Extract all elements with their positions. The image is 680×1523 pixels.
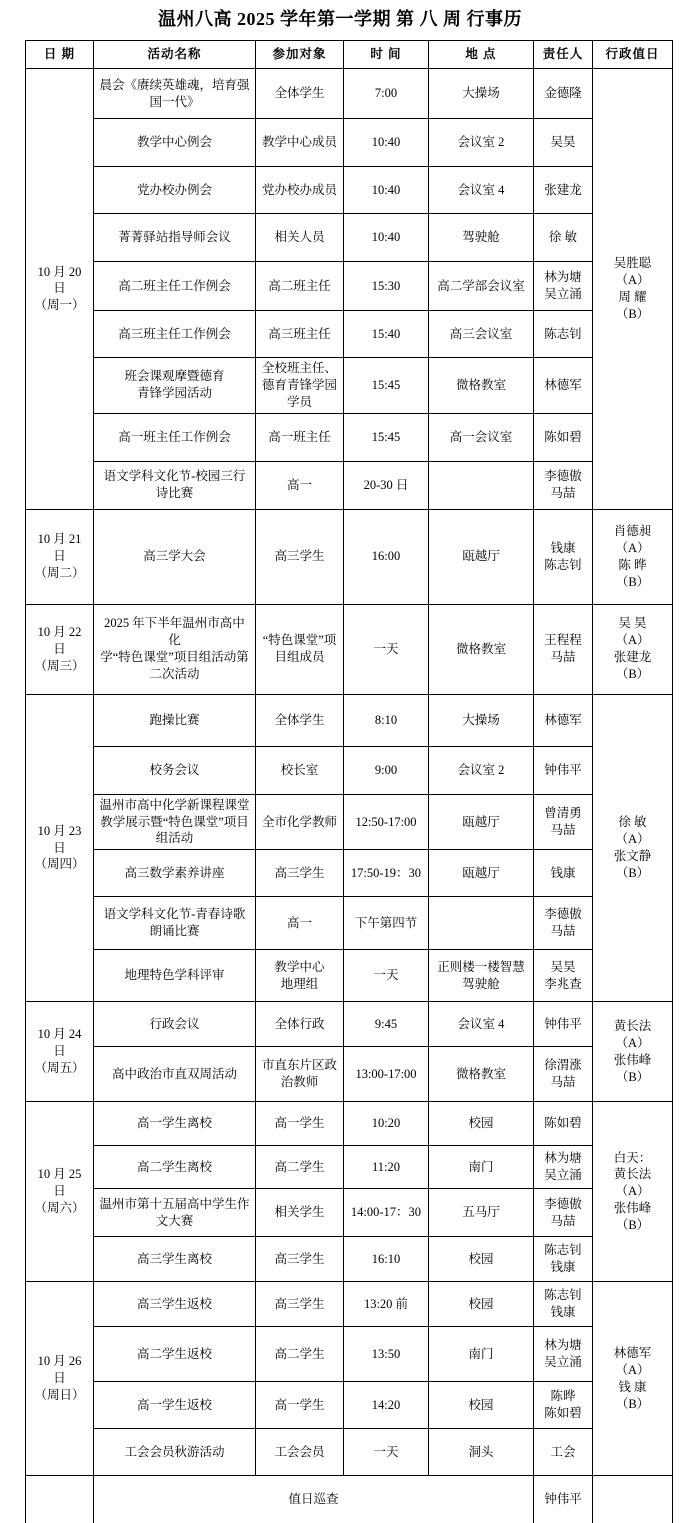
location-cell: 南门 bbox=[429, 1327, 534, 1382]
responsible-cell: 钱康 bbox=[534, 850, 593, 897]
duty-cell: 徐 敏 （A） 张文静 （B） bbox=[593, 694, 673, 1002]
responsible-cell: 曾清勇 马喆 bbox=[534, 794, 593, 850]
participants-cell: 高三学生 bbox=[256, 1237, 344, 1282]
location-cell: 瓯越厅 bbox=[429, 850, 534, 897]
location-cell: 微格教室 bbox=[429, 604, 534, 694]
header-time: 时 间 bbox=[344, 41, 429, 69]
table-row: 高二班主任工作例会高二班主任15:30高二学部会议室林为塘 吴立涌 bbox=[26, 262, 673, 311]
time-cell: 14:20 bbox=[344, 1382, 429, 1429]
activity-cell: 高二学生离校 bbox=[94, 1146, 256, 1189]
time-cell: 10:40 bbox=[344, 214, 429, 262]
activity-cell: 值日巡查 bbox=[94, 1476, 534, 1523]
participants-cell: 工会会员 bbox=[256, 1429, 344, 1476]
responsible-cell: 吴昊 李兆查 bbox=[534, 950, 593, 1002]
activity-cell: 高三班主任工作例会 bbox=[94, 311, 256, 358]
table-row: 10 月 23 日 （周四）跑操比赛全体学生8:10大操场林德军徐 敏 （A） … bbox=[26, 694, 673, 746]
table-row: 工会会员秋游活动工会会员一天洞头工会 bbox=[26, 1429, 673, 1476]
header-activity: 活动名称 bbox=[94, 41, 256, 69]
participants-cell: 高二班主任 bbox=[256, 262, 344, 311]
duty-cell: 肖德昶 （A） 陈 晔 （B） bbox=[593, 509, 673, 604]
time-cell: 一天 bbox=[344, 950, 429, 1002]
responsible-cell: 徐 敏 bbox=[534, 214, 593, 262]
location-cell: 洞头 bbox=[429, 1429, 534, 1476]
activity-cell: 温州市第十五届高中学生作 文大赛 bbox=[94, 1189, 256, 1237]
duty-cell: 吴胜聪 （A） 周 耀 （B） bbox=[593, 69, 673, 510]
table-row: 高三学生离校高三学生16:10校园陈志钊 钱康 bbox=[26, 1237, 673, 1282]
table-row: 菁菁驿站指导师会议相关人员10:40驾驶舱徐 敏 bbox=[26, 214, 673, 262]
schedule-document: 温州八高 2025 学年第一学期 第 八 周 行事历 日 期活动名称参加对象时 … bbox=[0, 0, 680, 1523]
responsible-cell: 李德傲 马喆 bbox=[534, 897, 593, 950]
table-row: 高一学生返校高一学生14:20校园陈晔 陈如碧 bbox=[26, 1382, 673, 1429]
time-cell: 16:00 bbox=[344, 509, 429, 604]
activity-cell: 教学中心例会 bbox=[94, 119, 256, 167]
schedule-table: 日 期活动名称参加对象时 间地 点责任人行政值日 10 月 20 日 （周一）晨… bbox=[25, 40, 673, 1523]
table-row: 10 月 25 日 （周六）高一学生离校高一学生10:20校园陈如碧白天： 黄长… bbox=[26, 1102, 673, 1146]
table-row: 高三数学素养讲座高三学生17:50-19：30瓯越厅钱康 bbox=[26, 850, 673, 897]
responsible-cell: 吴昊 bbox=[534, 119, 593, 167]
date-cell: 10 月 23 日 （周四） bbox=[26, 694, 94, 1002]
participants-cell: 全市化学教师 bbox=[256, 794, 344, 850]
activity-cell: 高三数学素养讲座 bbox=[94, 850, 256, 897]
duty-cell bbox=[593, 1476, 673, 1523]
location-cell: 校园 bbox=[429, 1237, 534, 1282]
participants-cell: 高一班主任 bbox=[256, 413, 344, 461]
date-cell: 10 月 26 日 （周日） bbox=[26, 1282, 94, 1476]
participants-cell: 高一 bbox=[256, 461, 344, 509]
table-row: 高中政治市直双周活动市直东片区政 治教师13:00-17:00微格教室徐渭涨 马… bbox=[26, 1047, 673, 1102]
location-cell: 五马厅 bbox=[429, 1189, 534, 1237]
activity-cell: 温州市高中化学新课程课堂 教学展示暨“特色课堂”项目 组活动 bbox=[94, 794, 256, 850]
table-row: 党办校办例会党办校办成员10:40会议室 4张建龙 bbox=[26, 167, 673, 214]
duty-cell: 黄长法 （A） 张伟峰 （B） bbox=[593, 1002, 673, 1102]
activity-cell: 菁菁驿站指导师会议 bbox=[94, 214, 256, 262]
responsible-cell: 钟伟平 bbox=[534, 1002, 593, 1047]
time-cell: 12:50-17:00 bbox=[344, 794, 429, 850]
table-row: 高二学生离校高二学生11:20南门林为塘 吴立涌 bbox=[26, 1146, 673, 1189]
activity-cell: 行政会议 bbox=[94, 1002, 256, 1047]
participants-cell: “特色课堂”项 目组成员 bbox=[256, 604, 344, 694]
responsible-cell: 王程程 马喆 bbox=[534, 604, 593, 694]
time-cell: 17:50-19：30 bbox=[344, 850, 429, 897]
location-cell: 微格教室 bbox=[429, 1047, 534, 1102]
responsible-cell: 钟伟平 bbox=[534, 746, 593, 794]
table-row: 高一班主任工作例会高一班主任15:45高一会议室陈如碧 bbox=[26, 413, 673, 461]
activity-cell: 高一班主任工作例会 bbox=[94, 413, 256, 461]
responsible-cell: 陈晔 陈如碧 bbox=[534, 1382, 593, 1429]
activity-cell: 地理特色学科评审 bbox=[94, 950, 256, 1002]
participants-cell: 教学中心 地理组 bbox=[256, 950, 344, 1002]
participants-cell: 高三学生 bbox=[256, 850, 344, 897]
responsible-cell: 陈如碧 bbox=[534, 413, 593, 461]
participants-cell: 校长室 bbox=[256, 746, 344, 794]
time-cell: 8:10 bbox=[344, 694, 429, 746]
participants-cell: 全体学生 bbox=[256, 69, 344, 119]
page-title: 温州八高 2025 学年第一学期 第 八 周 行事历 bbox=[0, 0, 680, 31]
table-row: 教学中心例会教学中心成员10:40会议室 2吴昊 bbox=[26, 119, 673, 167]
table-row: 地理特色学科评审教学中心 地理组一天正则楼一楼智慧 驾驶舱吴昊 李兆查 bbox=[26, 950, 673, 1002]
activity-cell: 语文学科文化节-校园三行 诗比赛 bbox=[94, 461, 256, 509]
time-cell: 15:40 bbox=[344, 311, 429, 358]
location-cell: 校园 bbox=[429, 1282, 534, 1327]
location-cell: 会议室 2 bbox=[429, 119, 534, 167]
time-cell: 9:00 bbox=[344, 746, 429, 794]
location-cell: 会议室 4 bbox=[429, 1002, 534, 1047]
location-cell: 高三会议室 bbox=[429, 311, 534, 358]
time-cell: 9:45 bbox=[344, 1002, 429, 1047]
responsible-cell: 工会 bbox=[534, 1429, 593, 1476]
responsible-cell: 徐渭涨 马喆 bbox=[534, 1047, 593, 1102]
activity-cell: 晨会《赓续英雄魂，培育强 国一代》 bbox=[94, 69, 256, 119]
table-row: 10 月 24 日 （周五）行政会议全体行政9:45会议室 4钟伟平黄长法 （A… bbox=[26, 1002, 673, 1047]
location-cell: 校园 bbox=[429, 1382, 534, 1429]
responsible-cell: 钟伟平 bbox=[534, 1476, 593, 1523]
location-cell: 瓯越厅 bbox=[429, 509, 534, 604]
time-cell: 11:20 bbox=[344, 1146, 429, 1189]
activity-cell: 高一学生返校 bbox=[94, 1382, 256, 1429]
time-cell: 14:00-17：30 bbox=[344, 1189, 429, 1237]
duty-cell: 白天： 黄长法 （A） 张伟峰 （B） bbox=[593, 1102, 673, 1282]
responsible-cell: 陈如碧 bbox=[534, 1102, 593, 1146]
participants-cell: 高一学生 bbox=[256, 1102, 344, 1146]
participants-cell: 全体行政 bbox=[256, 1002, 344, 1047]
time-cell: 15:30 bbox=[344, 262, 429, 311]
responsible-cell: 陈志钊 钱康 bbox=[534, 1282, 593, 1327]
activity-cell: 高三学生离校 bbox=[94, 1237, 256, 1282]
participants-cell: 党办校办成员 bbox=[256, 167, 344, 214]
activity-cell: 校务会议 bbox=[94, 746, 256, 794]
responsible-cell: 林德军 bbox=[534, 358, 593, 414]
responsible-cell: 李德傲 马喆 bbox=[534, 461, 593, 509]
location-cell: 驾驶舱 bbox=[429, 214, 534, 262]
date-cell: 10 月 25 日 （周六） bbox=[26, 1102, 94, 1282]
participants-cell: 高一 bbox=[256, 897, 344, 950]
table-row: 10 月 21 日 （周二）高三学大会高三学生16:00瓯越厅钱康 陈志钊肖德昶… bbox=[26, 509, 673, 604]
table-row: 10 月 22 日 （周三）2025 年下半年温州市高中化 学“特色课堂”项目组… bbox=[26, 604, 673, 694]
time-cell: 20-30 日 bbox=[344, 461, 429, 509]
responsible-cell: 林为塘 吴立涌 bbox=[534, 1327, 593, 1382]
responsible-cell: 张建龙 bbox=[534, 167, 593, 214]
time-cell: 7:00 bbox=[344, 69, 429, 119]
location-cell: 会议室 2 bbox=[429, 746, 534, 794]
time-cell: 15:45 bbox=[344, 413, 429, 461]
header-location: 地 点 bbox=[429, 41, 534, 69]
location-cell: 大操场 bbox=[429, 69, 534, 119]
activity-cell: 高三学大会 bbox=[94, 509, 256, 604]
responsible-cell: 陈志钊 bbox=[534, 311, 593, 358]
date-cell: 10 月 21 日 （周二） bbox=[26, 509, 94, 604]
time-cell: 15:45 bbox=[344, 358, 429, 414]
duty-cell: 吴 昊 （A） 张建龙 （B） bbox=[593, 604, 673, 694]
header-row: 日 期活动名称参加对象时 间地 点责任人行政值日 bbox=[26, 41, 673, 69]
participants-cell: 高一学生 bbox=[256, 1382, 344, 1429]
participants-cell: 全体学生 bbox=[256, 694, 344, 746]
participants-cell: 相关人员 bbox=[256, 214, 344, 262]
header-participants: 参加对象 bbox=[256, 41, 344, 69]
responsible-cell: 钱康 陈志钊 bbox=[534, 509, 593, 604]
responsible-cell: 林德军 bbox=[534, 694, 593, 746]
location-cell: 高二学部会议室 bbox=[429, 262, 534, 311]
table-row: 10 月 20 日 （周一）晨会《赓续英雄魂，培育强 国一代》全体学生7:00大… bbox=[26, 69, 673, 119]
time-cell: 10:40 bbox=[344, 119, 429, 167]
table-row: 温州市第十五届高中学生作 文大赛相关学生14:00-17：30五马厅李德傲 马喆 bbox=[26, 1189, 673, 1237]
participants-cell: 相关学生 bbox=[256, 1189, 344, 1237]
activity-cell: 语文学科文化节-青春诗歌 朗诵比赛 bbox=[94, 897, 256, 950]
date-cell bbox=[26, 1476, 94, 1523]
time-cell: 10:40 bbox=[344, 167, 429, 214]
time-cell: 一天 bbox=[344, 604, 429, 694]
responsible-cell: 金德隆 bbox=[534, 69, 593, 119]
table-row: 高三班主任工作例会高三班主任15:40高三会议室陈志钊 bbox=[26, 311, 673, 358]
location-cell: 高一会议室 bbox=[429, 413, 534, 461]
responsible-cell: 林为塘 吴立涌 bbox=[534, 1146, 593, 1189]
activity-cell: 工会会员秋游活动 bbox=[94, 1429, 256, 1476]
header-responsible: 责任人 bbox=[534, 41, 593, 69]
duty-cell: 林德军 （A） 钱 康 （B） bbox=[593, 1282, 673, 1476]
time-cell: 一天 bbox=[344, 1429, 429, 1476]
location-cell bbox=[429, 897, 534, 950]
footer-row: 值日巡查钟伟平 bbox=[26, 1476, 673, 1523]
location-cell bbox=[429, 461, 534, 509]
responsible-cell: 李德傲 马喆 bbox=[534, 1189, 593, 1237]
participants-cell: 高三学生 bbox=[256, 1282, 344, 1327]
table-row: 语文学科文化节-校园三行 诗比赛高一20-30 日李德傲 马喆 bbox=[26, 461, 673, 509]
time-cell: 13:50 bbox=[344, 1327, 429, 1382]
activity-cell: 高中政治市直双周活动 bbox=[94, 1047, 256, 1102]
header-date: 日 期 bbox=[26, 41, 94, 69]
responsible-cell: 林为塘 吴立涌 bbox=[534, 262, 593, 311]
activity-cell: 高三学生返校 bbox=[94, 1282, 256, 1327]
time-cell: 10:20 bbox=[344, 1102, 429, 1146]
activity-cell: 高二班主任工作例会 bbox=[94, 262, 256, 311]
responsible-cell: 陈志钊 钱康 bbox=[534, 1237, 593, 1282]
activity-cell: 高一学生离校 bbox=[94, 1102, 256, 1146]
participants-cell: 高三班主任 bbox=[256, 311, 344, 358]
time-cell: 13:20 前 bbox=[344, 1282, 429, 1327]
activity-cell: 班会课观摩暨德育 青锋学园活动 bbox=[94, 358, 256, 414]
activity-cell: 高二学生返校 bbox=[94, 1327, 256, 1382]
header-duty: 行政值日 bbox=[593, 41, 673, 69]
table-row: 10 月 26 日 （周日）高三学生返校高三学生13:20 前校园陈志钊 钱康林… bbox=[26, 1282, 673, 1327]
activity-cell: 2025 年下半年温州市高中化 学“特色课堂”项目组活动第 二次活动 bbox=[94, 604, 256, 694]
time-cell: 13:00-17:00 bbox=[344, 1047, 429, 1102]
location-cell: 微格教室 bbox=[429, 358, 534, 414]
location-cell: 瓯越厅 bbox=[429, 794, 534, 850]
location-cell: 正则楼一楼智慧 驾驶舱 bbox=[429, 950, 534, 1002]
participants-cell: 高三学生 bbox=[256, 509, 344, 604]
location-cell: 大操场 bbox=[429, 694, 534, 746]
location-cell: 南门 bbox=[429, 1146, 534, 1189]
participants-cell: 高二学生 bbox=[256, 1327, 344, 1382]
participants-cell: 教学中心成员 bbox=[256, 119, 344, 167]
participants-cell: 全校班主任、 德育青锋学园 学员 bbox=[256, 358, 344, 414]
activity-cell: 党办校办例会 bbox=[94, 167, 256, 214]
participants-cell: 高二学生 bbox=[256, 1146, 344, 1189]
table-row: 温州市高中化学新课程课堂 教学展示暨“特色课堂”项目 组活动全市化学教师12:5… bbox=[26, 794, 673, 850]
activity-cell: 跑操比赛 bbox=[94, 694, 256, 746]
table-row: 班会课观摩暨德育 青锋学园活动全校班主任、 德育青锋学园 学员15:45微格教室… bbox=[26, 358, 673, 414]
date-cell: 10 月 24 日 （周五） bbox=[26, 1002, 94, 1102]
schedule-body: 10 月 20 日 （周一）晨会《赓续英雄魂，培育强 国一代》全体学生7:00大… bbox=[26, 69, 673, 1523]
location-cell: 会议室 4 bbox=[429, 167, 534, 214]
date-cell: 10 月 20 日 （周一） bbox=[26, 69, 94, 510]
table-row: 高二学生返校高二学生13:50南门林为塘 吴立涌 bbox=[26, 1327, 673, 1382]
participants-cell: 市直东片区政 治教师 bbox=[256, 1047, 344, 1102]
table-row: 语文学科文化节-青春诗歌 朗诵比赛高一下午第四节李德傲 马喆 bbox=[26, 897, 673, 950]
time-cell: 下午第四节 bbox=[344, 897, 429, 950]
table-row: 校务会议校长室9:00会议室 2钟伟平 bbox=[26, 746, 673, 794]
date-cell: 10 月 22 日 （周三） bbox=[26, 604, 94, 694]
time-cell: 16:10 bbox=[344, 1237, 429, 1282]
location-cell: 校园 bbox=[429, 1102, 534, 1146]
